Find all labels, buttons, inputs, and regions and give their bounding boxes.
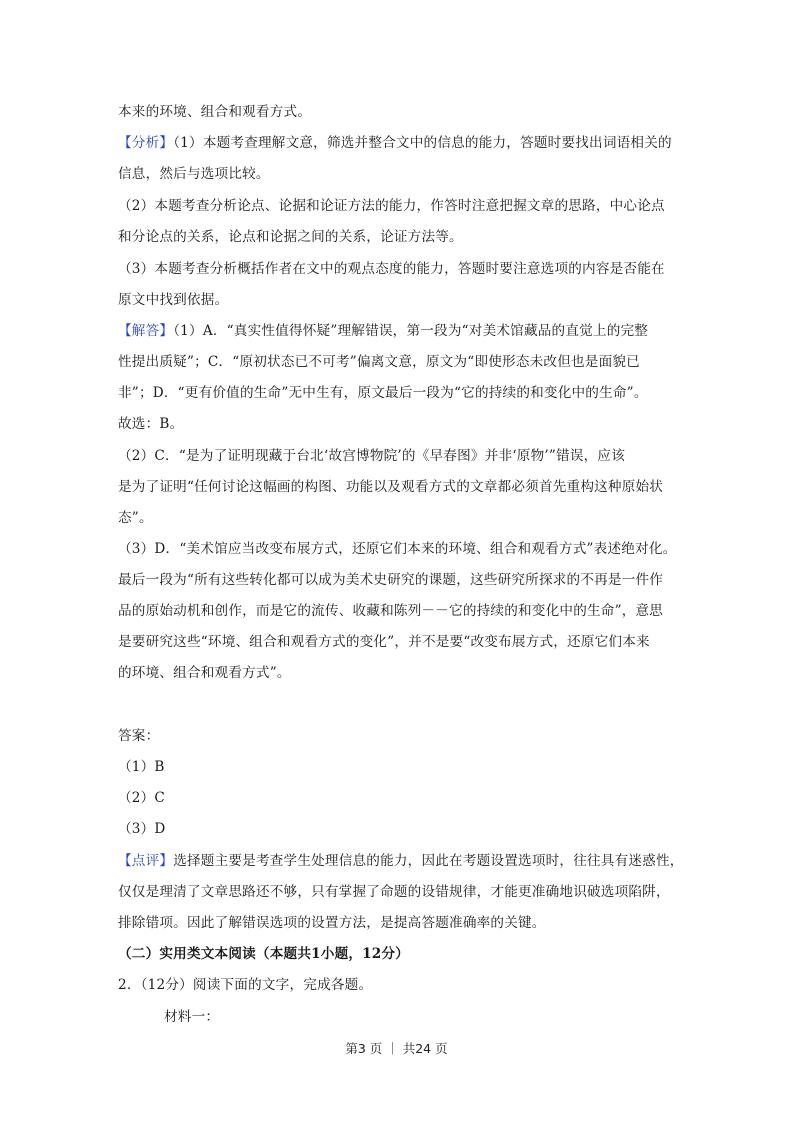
- answer-item: （2）C: [118, 789, 165, 807]
- text-line: 信息，然后与选项比较。: [118, 165, 270, 183]
- text-line: 原文中找到依据。: [118, 291, 228, 309]
- answer-item: （3）D: [118, 820, 166, 838]
- question-prompt: 2．（12分）阅读下面的文字，完成各题。: [118, 976, 372, 994]
- text-line: 最后一段为“所有这些转化都可以成为美术史研究的课题，这些研究所探求的不再是一件作: [118, 571, 663, 589]
- text-line: 故选：B。: [118, 415, 183, 433]
- analysis-paragraph: 【分析】（1）本题考查理解文意，筛选并整合文中的信息的能力，答题时要找出词语相关…: [118, 134, 672, 152]
- answer-item: （1）B: [118, 758, 165, 776]
- analysis-label: 【分析】: [118, 135, 173, 151]
- text-line: （2）本题考查分析论点、论据和论证方法的能力，作答时注意把握文章的思路，中心论点: [118, 197, 665, 215]
- text-line: （3）D．“美术馆应当改变布展方式，还原它们本来的环境、组合和观看方式”表述绝对…: [118, 540, 676, 558]
- text-line: 排除错项。因此了解错误选项的设置方法，是提高答题准确率的关键。: [118, 914, 546, 932]
- text-line: （1）A．“真实性值得怀疑”理解错误，第一段为“对美术馆藏品的直觉上的完整: [173, 323, 648, 339]
- answer-title: 答案：: [118, 727, 159, 745]
- text-line: （1）本题考查理解文意，筛选并整合文中的信息的能力，答题时要找出词语相关的: [173, 135, 672, 151]
- text-line: 非”；D．“更有价值的生命”无中生有，原文最后一段为“它的持续的和变化中的生命”…: [118, 384, 648, 402]
- text-line: 本来的环境、组合和观看方式。: [118, 103, 311, 121]
- text-line: 仅仅是理清了文章思路还不够，只有掌握了命题的设错规律，才能更准确地识破选项陷阱，: [118, 883, 670, 901]
- page-footer: 第3 页 ｜ 共24 页: [0, 1039, 793, 1057]
- solution-label: 【解答】: [118, 323, 173, 339]
- material-label: 材料一：: [164, 1008, 219, 1026]
- comment-label: 【点评】: [118, 853, 173, 869]
- solution-paragraph: 【解答】（1）A．“真实性值得怀疑”理解错误，第一段为“对美术馆藏品的直觉上的完…: [118, 322, 648, 340]
- text-line: 是要研究这些“环境、组合和观看方式的变化”，并不是要“改变布展方式，还原它们本来: [118, 633, 650, 651]
- section-heading: （二）实用类文本阅读（本题共1小题，12分）: [118, 945, 409, 963]
- comment-paragraph: 【点评】选择题主要是考查学生处理信息的能力，因此在考题设置选项时，往往具有迷惑性…: [118, 852, 684, 870]
- text-line: （2）C．“是为了证明现藏于台北‘故宫博物院’的《早春图》并非‘原物’”错误，应…: [118, 447, 625, 465]
- text-line: 和分论点的关系，论点和论据之间的关系，论证方法等。: [118, 228, 463, 246]
- text-line: 的环境、组合和观看方式”。: [118, 664, 291, 682]
- text-line: （3）本题考查分析概括作者在文中的观点态度的能力，答题时要注意选项的内容是否能在: [118, 260, 665, 278]
- text-line: 是为了证明“任何讨论这幅画的构图、功能以及观看方式的文章都必须首先重构这种原始状: [118, 478, 663, 496]
- text-line: 品的原始动机和创作，而是它的流传、收藏和陈列－－它的持续的和变化中的生命”，意思: [118, 602, 663, 620]
- text-line: 态”。: [118, 509, 153, 527]
- text-line: 性提出质疑”；C．“原初状态已不可考”偏离文意，原文为“即使形态未改但也是面貌已: [118, 353, 640, 371]
- text-line: 选择题主要是考查学生处理信息的能力，因此在考题设置选项时，往往具有迷惑性，: [173, 853, 683, 869]
